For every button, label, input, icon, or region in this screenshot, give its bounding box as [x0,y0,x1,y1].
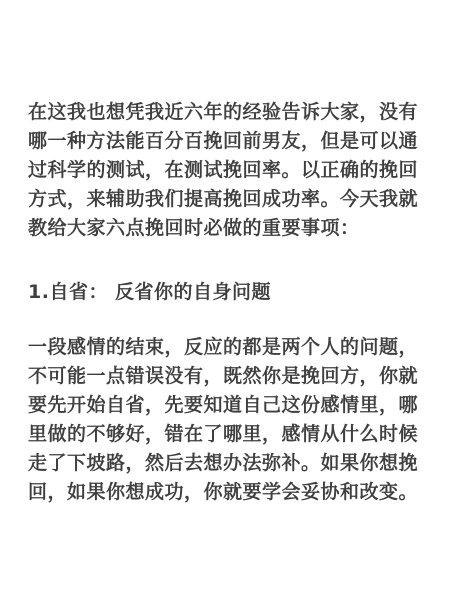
section-body-paragraph: 一段感情的结束，反应的都是两个人的问题， 不可能一点错误没有，既然你是挽回方，你… [28,333,424,507]
section-heading: 1.自省： 反省你的自身问题 [28,278,424,307]
intro-paragraph: 在这我也想凭我近六年的经验告诉大家，没有 哪一种方法能百分百挽回前男友，但是可以… [28,98,424,243]
article-page: 在这我也想凭我近六年的经验告诉大家，没有 哪一种方法能百分百挽回前男友，但是可以… [0,0,450,600]
